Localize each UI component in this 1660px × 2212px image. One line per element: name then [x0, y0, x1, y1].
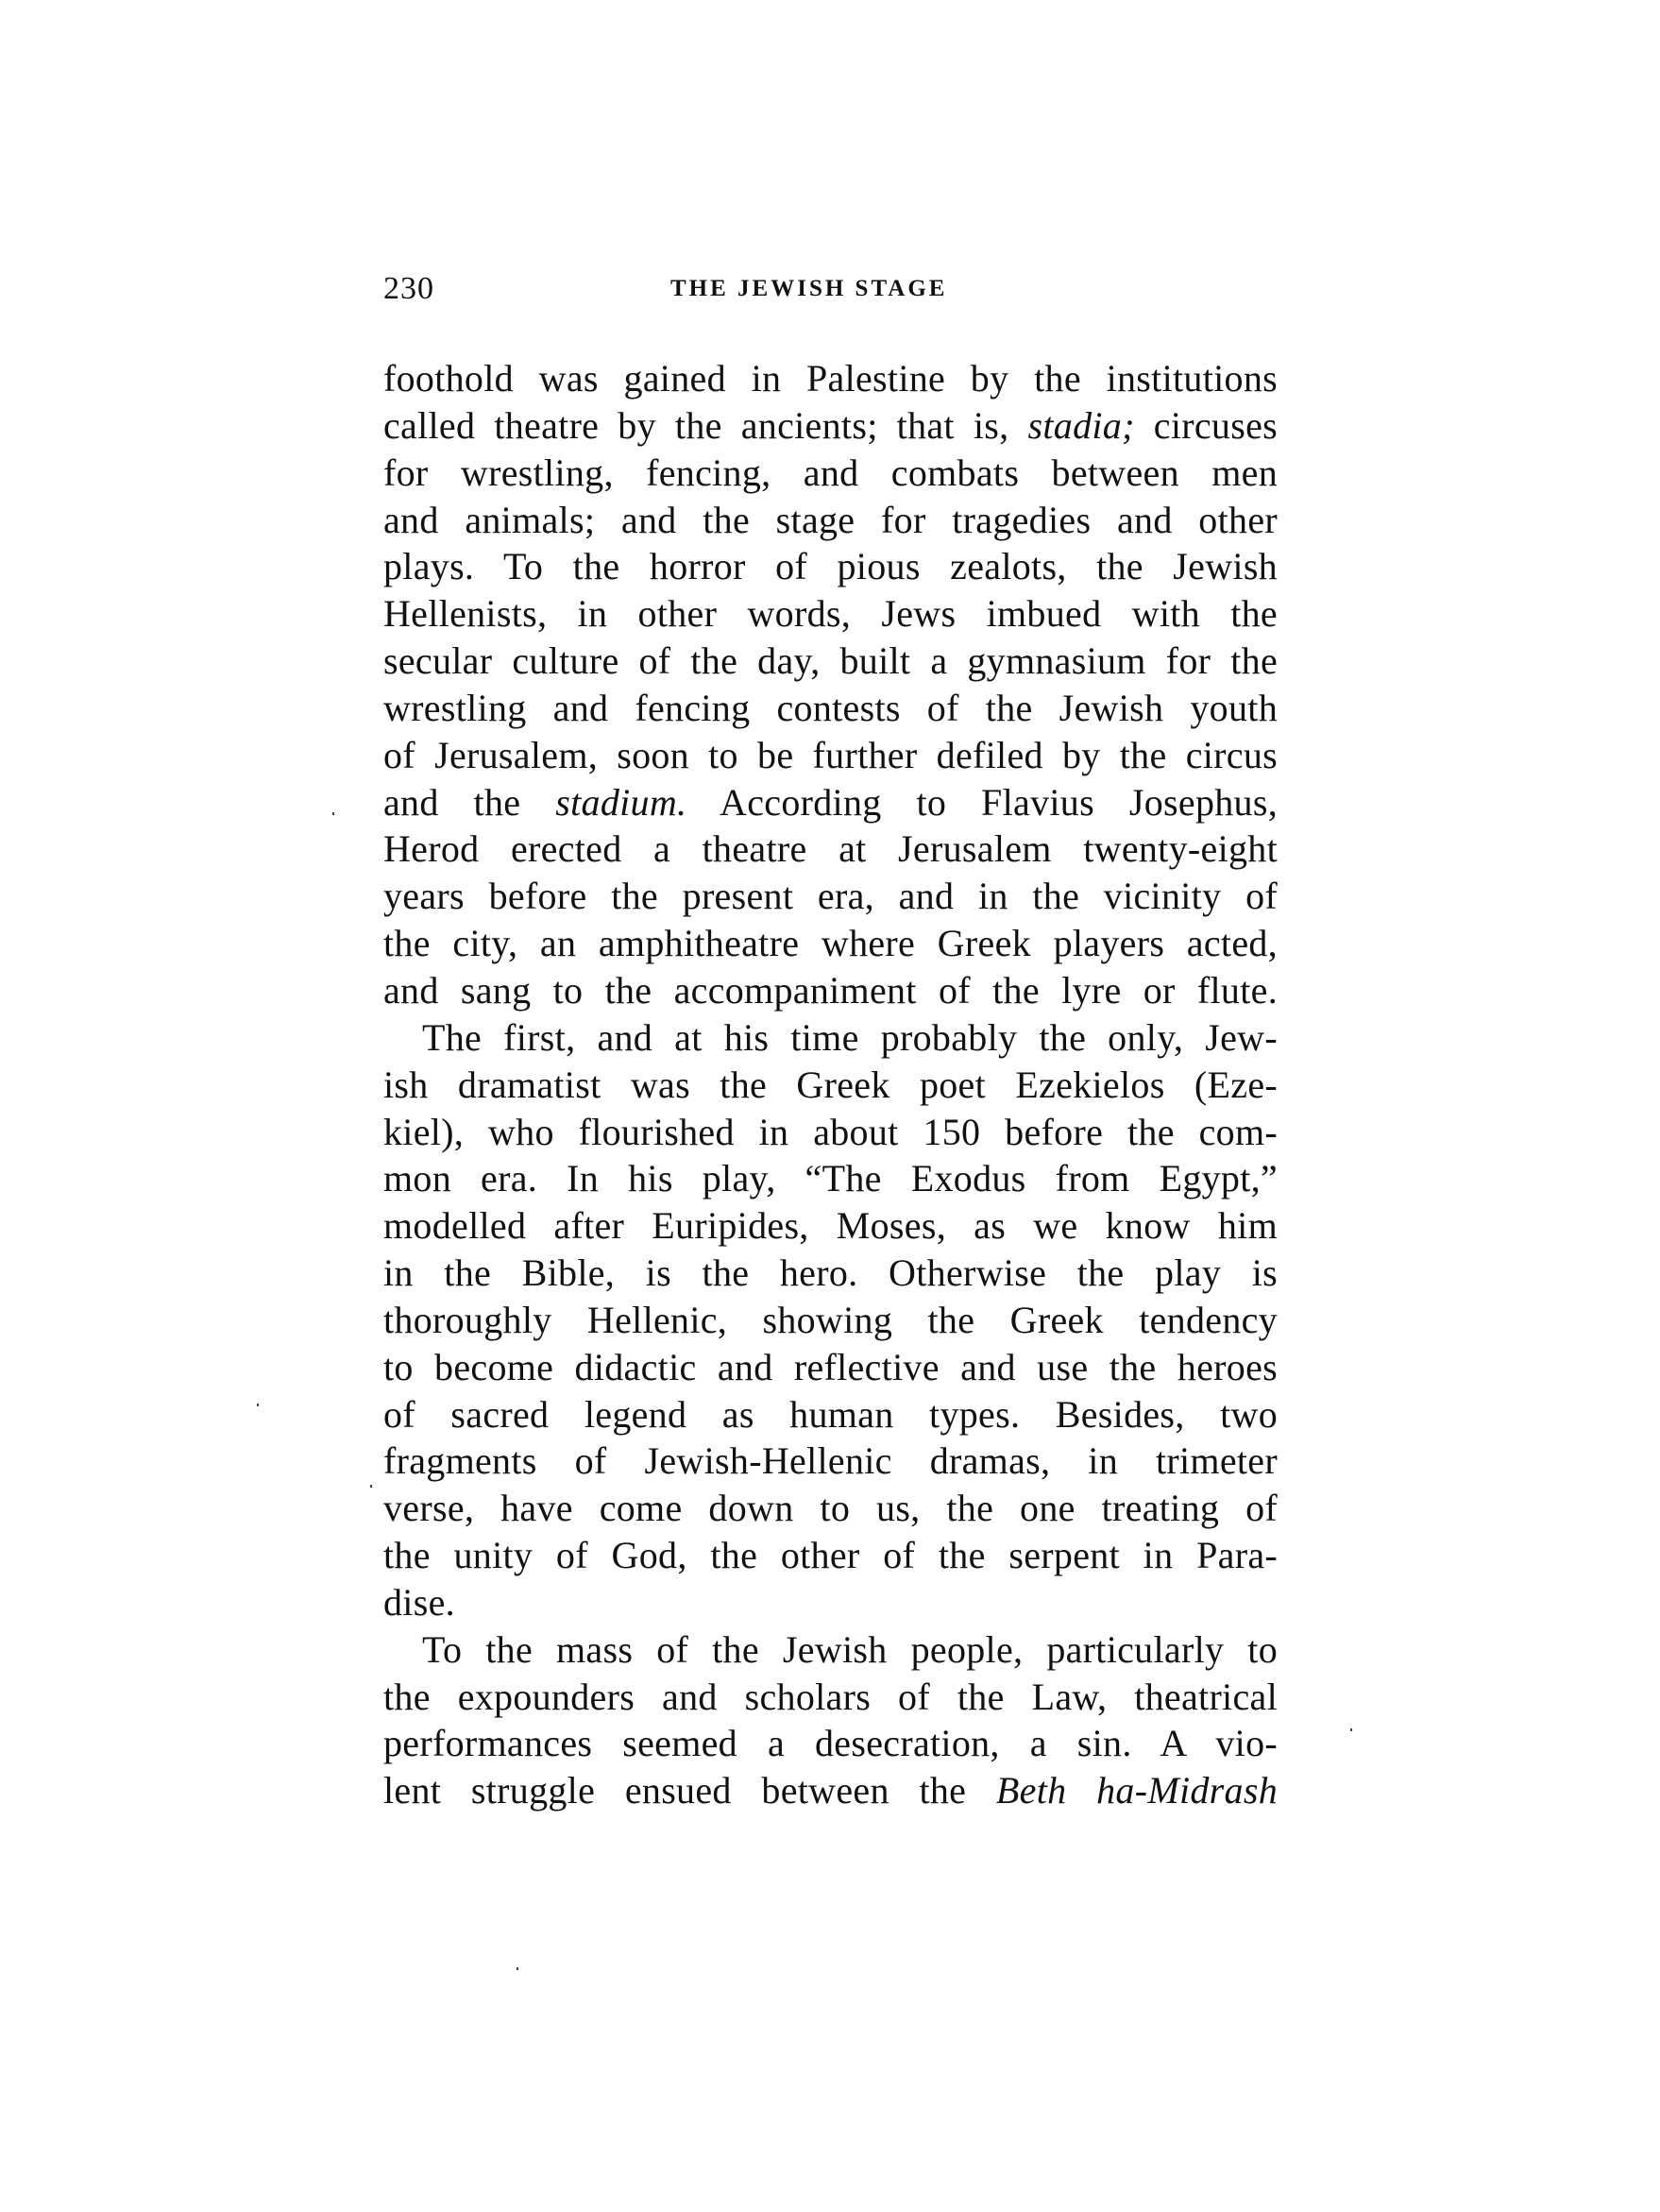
- text-line: mon era. In his play, “The Exodus from E…: [383, 1155, 1278, 1202]
- text-line: called theatre by the ancients; that is,…: [383, 402, 1278, 450]
- text-segment: lent struggle ensued between the: [383, 1769, 996, 1812]
- text-line: The first, and at his time probably the …: [383, 1014, 1278, 1062]
- text-segment: mon era. In his play, “The Exodus from E…: [383, 1157, 1278, 1200]
- text-segment: and sang to the accompaniment of the lyr…: [383, 969, 1278, 1012]
- text-line: lent struggle ensued between the Beth ha…: [383, 1767, 1278, 1814]
- text-segment: to become didactic and reflective and us…: [383, 1346, 1278, 1388]
- text-line: and the stadium. According to Flavius Jo…: [383, 779, 1278, 826]
- text-line: the city, an amphitheatre where Greek pl…: [383, 920, 1278, 967]
- text-line: and animals; and the stage for tragedies…: [383, 497, 1278, 544]
- text-line: and sang to the accompaniment of the lyr…: [383, 967, 1278, 1014]
- text-segment: kiel), who flourished in about 150 befor…: [383, 1111, 1278, 1153]
- scan-speck: [332, 812, 334, 815]
- text-line: thoroughly Hellenic, showing the Greek t…: [383, 1297, 1278, 1344]
- text-segment: According to Flavius Josephus,: [686, 781, 1278, 824]
- text-segment: and animals; and the stage for tragedies…: [383, 499, 1278, 541]
- text-segment: ish dramatist was the Greek poet Ezekiel…: [383, 1063, 1278, 1106]
- text-line: years before the present era, and in the…: [383, 873, 1278, 920]
- text-line: of sacred legend as human types. Besides…: [383, 1391, 1278, 1438]
- text-segment: wrestling and fencing contests of the Je…: [383, 687, 1278, 729]
- text-segment: verse, have come down to us, the one tre…: [383, 1487, 1278, 1529]
- text-segment: called theatre by the ancients; that is,: [383, 404, 1028, 447]
- text-segment: The first, and at his time probably the …: [422, 1016, 1278, 1059]
- scan-speck: [257, 1404, 259, 1406]
- text-line: verse, have come down to us, the one tre…: [383, 1485, 1278, 1532]
- text-line: modelled after Euripides, Moses, as we k…: [383, 1202, 1278, 1250]
- text-segment: fragments of Jewish-Hellenic dramas, in …: [383, 1439, 1278, 1482]
- text-segment: and the: [383, 781, 555, 824]
- text-line: Hellenists, in other words, Jews imbued …: [383, 590, 1278, 638]
- text-segment: modelled after Euripides, Moses, as we k…: [383, 1204, 1278, 1247]
- text-segment: the city, an amphitheatre where Greek pl…: [383, 922, 1278, 964]
- text-line: dise.: [383, 1579, 1278, 1626]
- text-segment: dise.: [383, 1581, 455, 1624]
- scan-speck: [517, 1967, 518, 1970]
- italic-text: Beth ha-Midrash: [996, 1769, 1278, 1812]
- running-title: THE JEWISH STAGE: [670, 270, 947, 308]
- text-line: foothold was gained in Palestine by the …: [383, 355, 1278, 402]
- text-segment: the unity of God, the other of the serpe…: [383, 1534, 1278, 1576]
- text-line: fragments of Jewish-Hellenic dramas, in …: [383, 1438, 1278, 1485]
- text-line: of Jerusalem, soon to be further defiled…: [383, 732, 1278, 779]
- text-line: Herod erected a theatre at Jerusalem twe…: [383, 825, 1278, 873]
- text-segment: performances seemed a desecration, a sin…: [383, 1722, 1278, 1764]
- text-segment: years before the present era, and in the…: [383, 875, 1278, 917]
- text-line: the unity of God, the other of the serpe…: [383, 1532, 1278, 1579]
- text-segment: Herod erected a theatre at Jerusalem twe…: [383, 827, 1278, 870]
- text-segment: in the Bible, is the hero. Otherwise the…: [383, 1251, 1278, 1294]
- running-head: 230 THE JEWISH STAGE: [383, 270, 1278, 308]
- text-segment: foothold was gained in Palestine by the …: [383, 357, 1278, 400]
- scan-speck: [1350, 1728, 1352, 1731]
- text-line: plays. To the horror of pious zealots, t…: [383, 543, 1278, 590]
- page-number: 230: [383, 270, 434, 308]
- text-segment: the expounders and scholars of the Law, …: [383, 1676, 1278, 1718]
- text-line: kiel), who flourished in about 150 befor…: [383, 1109, 1278, 1156]
- text-segment: for wrestling, fencing, and combats betw…: [383, 451, 1278, 494]
- text-segment: plays. To the horror of pious zealots, t…: [383, 545, 1278, 587]
- text-line: secular culture of the day, built a gymn…: [383, 638, 1278, 685]
- text-line: to become didactic and reflective and us…: [383, 1344, 1278, 1391]
- scan-speck: [370, 1485, 372, 1488]
- text-line: for wrestling, fencing, and combats betw…: [383, 450, 1278, 497]
- text-segment: of Jerusalem, soon to be further defiled…: [383, 734, 1278, 776]
- text-segment: secular culture of the day, built a gymn…: [383, 639, 1278, 682]
- text-segment: To the mass of the Jewish people, partic…: [422, 1628, 1278, 1671]
- text-line: the expounders and scholars of the Law, …: [383, 1674, 1278, 1721]
- text-segment: Hellenists, in other words, Jews imbued …: [383, 592, 1278, 635]
- italic-text: stadia;: [1028, 404, 1135, 447]
- text-segment: circuses: [1135, 404, 1278, 447]
- text-segment: thoroughly Hellenic, showing the Greek t…: [383, 1299, 1278, 1341]
- text-line: performances seemed a desecration, a sin…: [383, 1720, 1278, 1767]
- book-page: 230 THE JEWISH STAGE foothold was gained…: [0, 0, 1660, 2212]
- text-line: in the Bible, is the hero. Otherwise the…: [383, 1250, 1278, 1297]
- text-segment: of sacred legend as human types. Besides…: [383, 1393, 1278, 1436]
- text-line: wrestling and fencing contests of the Je…: [383, 685, 1278, 732]
- text-line: To the mass of the Jewish people, partic…: [383, 1626, 1278, 1674]
- italic-text: stadium.: [555, 781, 686, 824]
- body-text: foothold was gained in Palestine by the …: [383, 355, 1278, 1814]
- text-line: ish dramatist was the Greek poet Ezekiel…: [383, 1062, 1278, 1109]
